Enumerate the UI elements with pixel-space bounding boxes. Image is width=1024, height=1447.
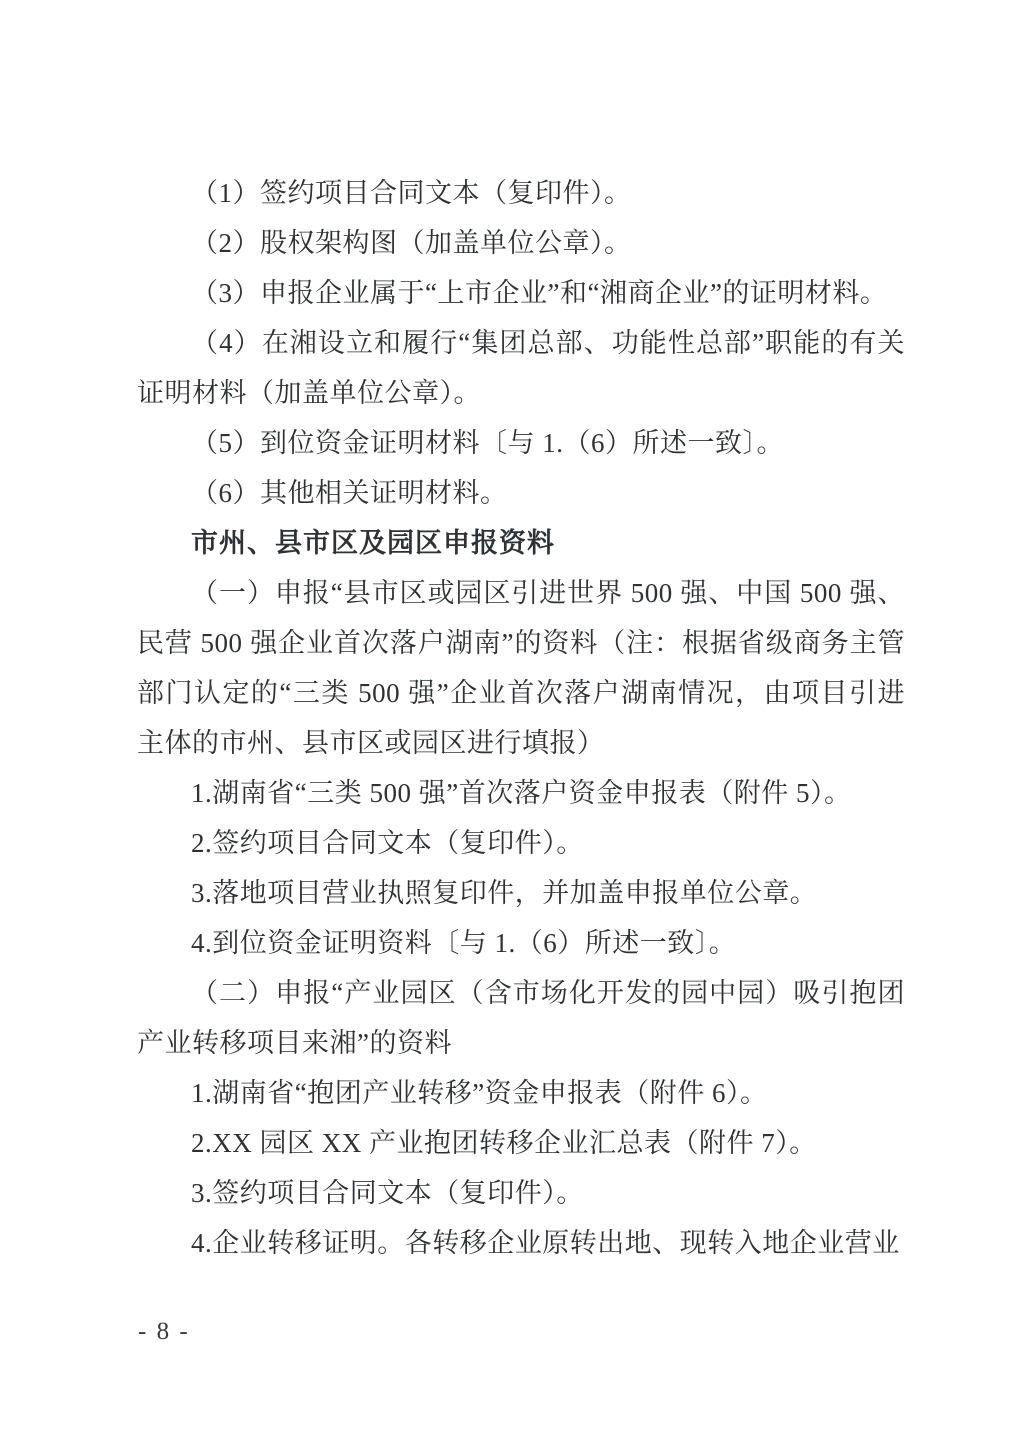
paragraph: （5）到位资金证明材料〔与 1.（6）所述一致〕。 [137, 418, 905, 468]
paragraph: （二）申报“产业园区（含市场化开发的园中园）吸引抱团产业转移项目来湘”的资料 [137, 968, 905, 1068]
list-item: 1.湖南省“三类 500 强”首次落户资金申报表（附件 5）。 [137, 768, 905, 818]
list-item: 4.企业转移证明。各转移企业原转出地、现转入地企业营业 [137, 1218, 905, 1268]
paragraph: （3）申报企业属于“上市企业”和“湘商企业”的证明材料。 [137, 268, 905, 318]
paragraph: （6）其他相关证明材料。 [137, 468, 905, 518]
section-heading: 市州、县市区及园区申报资料 [137, 518, 905, 568]
list-item: 1.湖南省“抱团产业转移”资金申报表（附件 6）。 [137, 1068, 905, 1118]
list-item: 2.XX 园区 XX 产业抱团转移企业汇总表（附件 7）。 [137, 1118, 905, 1168]
list-item: 2.签约项目合同文本（复印件）。 [137, 818, 905, 868]
list-item: 3.落地项目营业执照复印件，并加盖申报单位公章。 [137, 868, 905, 918]
paragraph: （4）在湘设立和履行“集团总部、功能性总部”职能的有关证明材料（加盖单位公章）。 [137, 318, 905, 418]
list-item: 4.到位资金证明资料〔与 1.（6）所述一致〕。 [137, 918, 905, 968]
page-number: - 8 - [138, 1315, 190, 1349]
paragraph: （2）股权架构图（加盖单位公章）。 [137, 218, 905, 268]
paragraph: （一）申报“县市区或园区引进世界 500 强、中国 500 强、民营 500 强… [137, 568, 905, 768]
document-body: （1）签约项目合同文本（复印件）。 （2）股权架构图（加盖单位公章）。 （3）申… [137, 168, 905, 1268]
paragraph: （1）签约项目合同文本（复印件）。 [137, 168, 905, 218]
document-page: （1）签约项目合同文本（复印件）。 （2）股权架构图（加盖单位公章）。 （3）申… [0, 0, 1024, 1447]
list-item: 3.签约项目合同文本（复印件）。 [137, 1168, 905, 1218]
